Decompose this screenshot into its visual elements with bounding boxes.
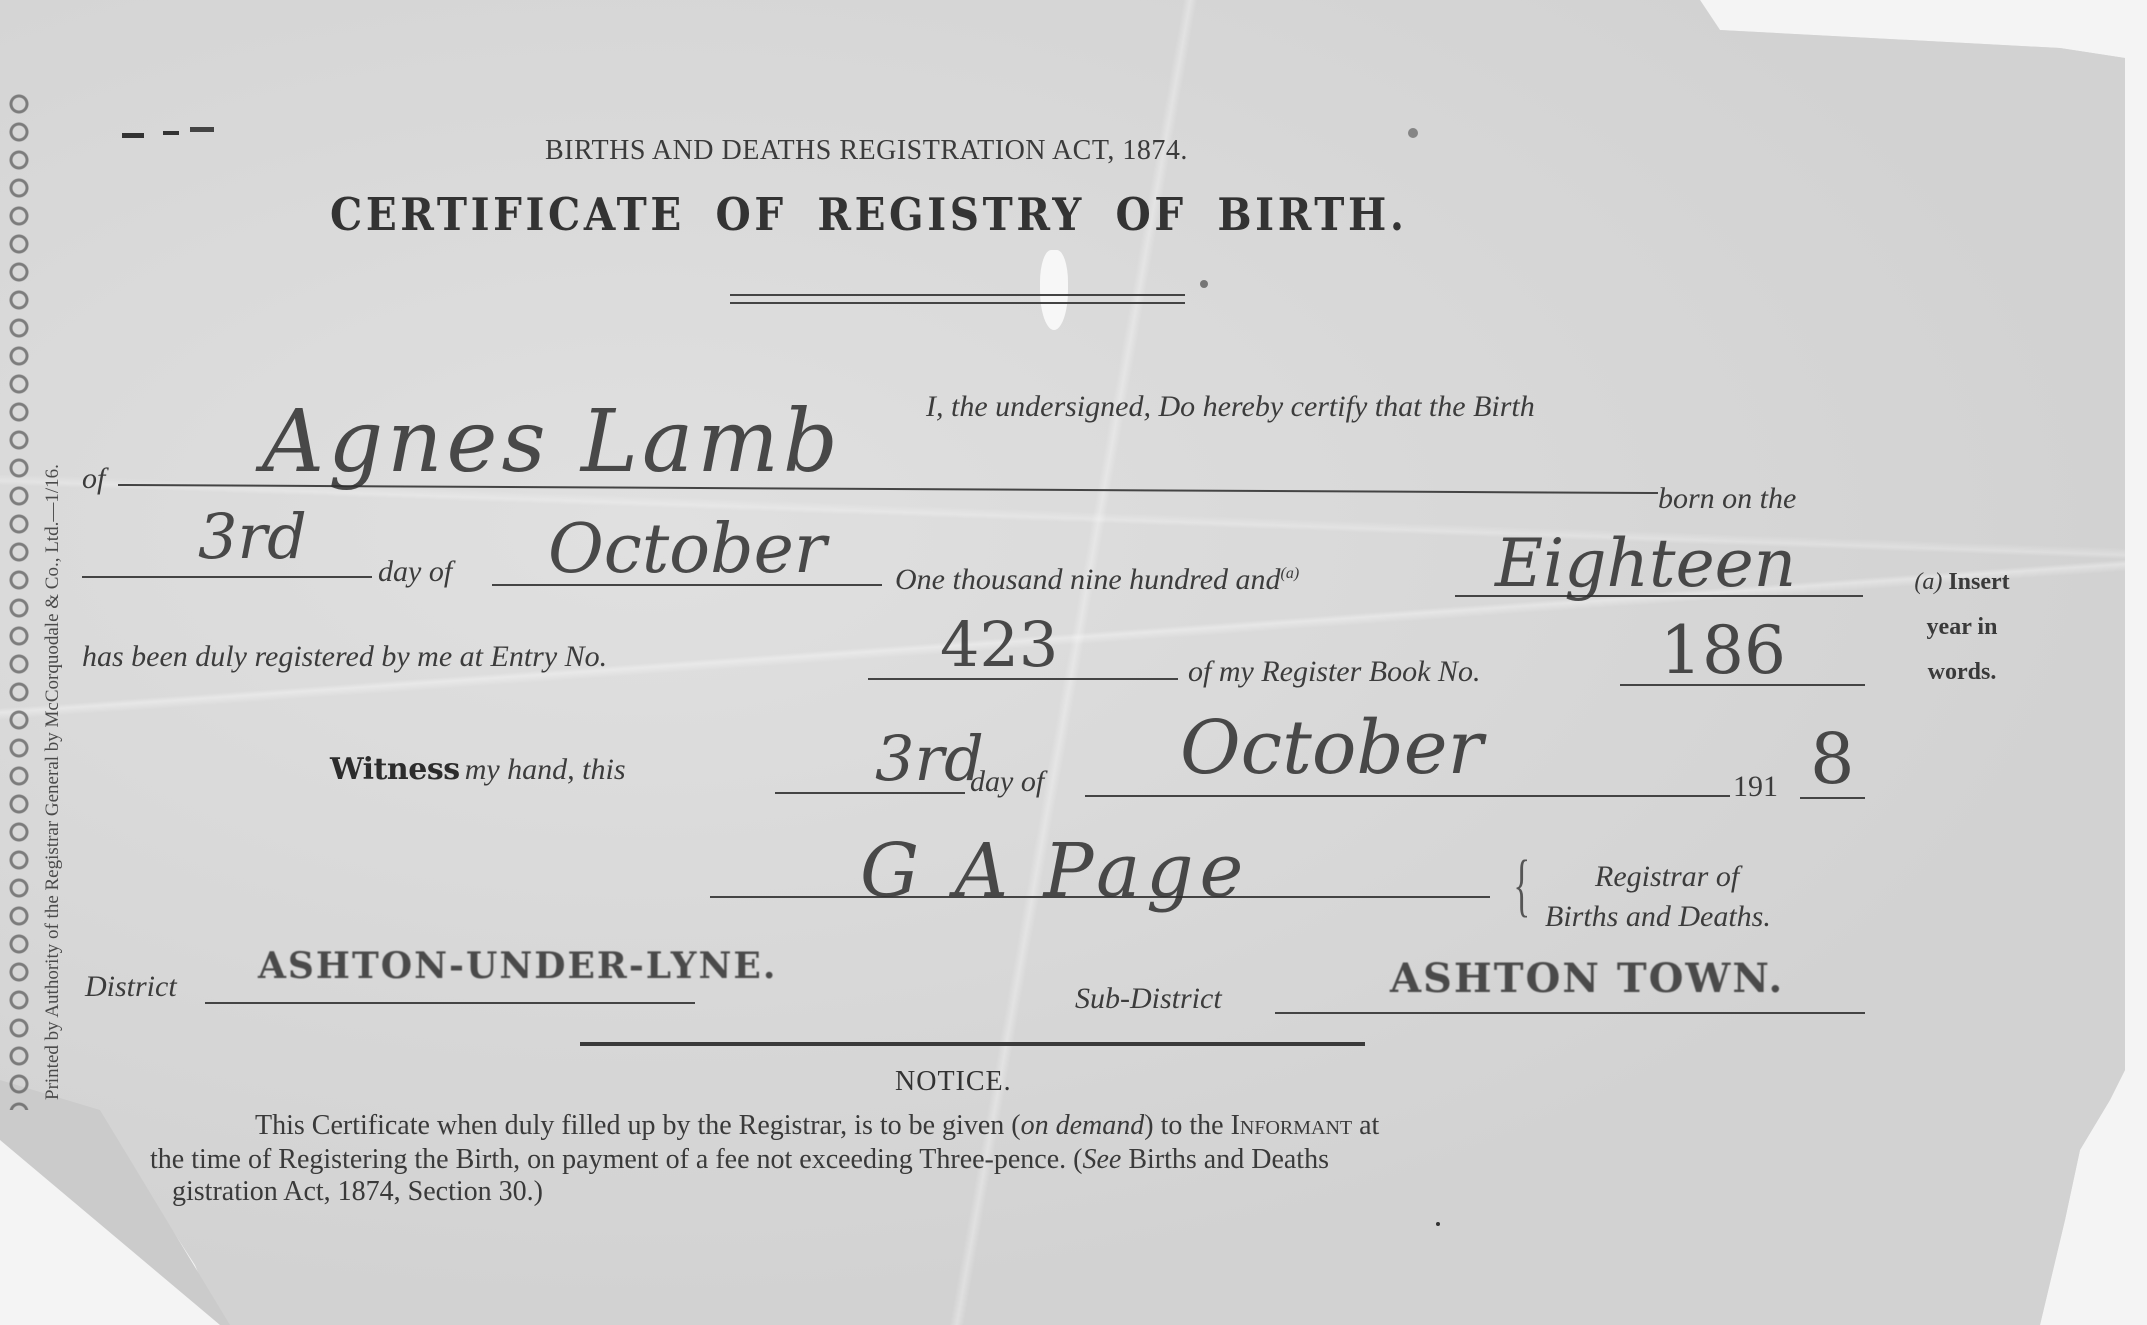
witness-gothic-label: Witness [330,752,460,787]
witness-month-line [1085,795,1730,797]
entry-no-handwritten: 423 [940,608,1058,681]
year-prefix-label: One thousand nine hundred and(a) [895,563,1299,597]
ink-speck [1408,128,1418,138]
birth-month-handwritten: October [548,510,826,589]
ink-mark [163,131,179,135]
brace: { [1513,846,1530,926]
notice-title: NOTICE. [895,1066,1012,1098]
ink-speck [1200,280,1208,288]
title-rule [730,302,1185,304]
side-note-line: words. [1892,650,2032,695]
birth-day-line [82,576,372,578]
district-stamp: ASHTON-UNDER-LYNE. [258,945,777,987]
witness-line: Witness my hand, this [330,752,626,787]
side-note-marker: (a) [1914,569,1942,595]
birth-year-words-handwritten: Eighteen [1495,525,1796,602]
notice-text: ) to the [1144,1110,1230,1141]
witness-month-handwritten: October [1180,705,1483,791]
certify-statement: I, the undersigned, Do hereby certify th… [926,390,1535,424]
ornamental-border [2,90,36,1110]
printer-imprint: Printed by Authority of the Registrar Ge… [42,464,64,1100]
title-rule [730,294,1185,296]
notice-text-smallcaps: Informant [1231,1110,1353,1141]
side-note-line: Insert [1948,569,2009,595]
act-title: BIRTHS AND DEATHS REGISTRATION ACT, 1874… [545,135,1188,167]
registrar-title-line2: Births and Deaths. [1545,900,1771,934]
section-divider [580,1042,1365,1046]
notice-line-3: gistration Act, 1874, Section 30.) [172,1176,543,1208]
title-word: CERTIFICATE [330,188,685,241]
sub-district-line [1275,1012,1865,1014]
register-book-label: of my Register Book No. [1188,655,1480,689]
notice-line-2: the time of Registering the Birth, on pa… [150,1144,1329,1176]
side-note-insert-year: (a) Insert year in words. [1892,560,2032,695]
title-word: OF [1116,188,1187,241]
witness-year-digit-handwritten: 8 [1810,718,1855,800]
child-name-handwritten: Agnes Lamb [262,392,842,492]
title-word: REGISTRY [817,188,1085,241]
district-label: District [85,970,177,1004]
sub-district-stamp: ASHTON TOWN. [1390,955,1784,1002]
ink-mark [190,127,214,132]
witness-day-handwritten: 3rd [875,722,984,795]
registered-label: has been duly registered by me at Entry … [82,640,607,674]
district-line [205,1002,695,1004]
witness-label: my hand, this [465,753,626,786]
title-word: BIRTH. [1217,188,1407,241]
certificate-title: CERTIFICATEOFREGISTRYOFBIRTH. [330,188,1438,241]
of-label: of [82,462,105,496]
notice-text: the time of Registering the Birth, on pa… [150,1144,1082,1175]
registrar-signature: G A Page [860,828,1249,914]
registrar-title-line1: Registrar of [1595,860,1739,894]
witness-year-prefix: 191 [1733,770,1778,804]
witness-day-of-label: day of [970,765,1044,799]
notice-text: This Certificate when duly filled up by … [255,1110,1021,1141]
sub-district-label: Sub-District [1075,982,1222,1016]
notice-text: at [1352,1110,1379,1141]
register-book-no-handwritten: 186 [1660,612,1786,689]
ink-speck [1436,1222,1440,1226]
year-prefix-text: One thousand nine hundred and [895,563,1281,596]
ink-mark [122,133,144,138]
notice-line-1: This Certificate when duly filled up by … [255,1110,1379,1142]
day-of-label: day of [378,555,452,589]
notice-text: Births and Deaths [1121,1144,1329,1175]
paper-tear [1040,250,1068,330]
side-note-line: year in [1892,605,2032,650]
notice-text-italic: on demand [1021,1110,1145,1141]
footnote-marker: (a) [1281,565,1300,582]
birth-day-handwritten: 3rd [198,500,307,573]
title-word: OF [715,188,786,241]
born-on-label: born on the [1658,482,1796,516]
notice-text-italic: See [1082,1144,1121,1175]
